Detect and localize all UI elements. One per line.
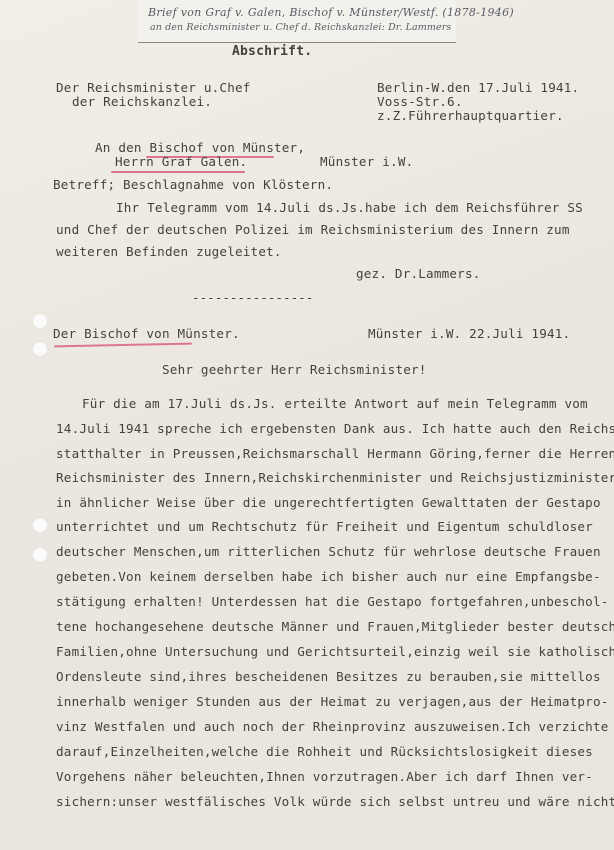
separator-line: ---------------- — [192, 290, 313, 305]
signature: gez. Dr.Lammers. — [356, 266, 481, 281]
document-page: Brief von Graf v. Galen, Bischof v. Müns… — [0, 0, 614, 850]
subject-line: Betreff; Beschlagnahme von Klöstern. — [53, 177, 333, 192]
salutation: Sehr geehrter Herr Reichsminister! — [162, 362, 427, 377]
red-pencil-underline — [111, 171, 245, 173]
letter2-body-line: deutscher Menschen,um ritterlichen Schut… — [56, 544, 601, 559]
letter1-body-line: Ihr Telegramm vom 14.Juli ds.Js.habe ich… — [116, 200, 583, 215]
hole-punch — [33, 548, 47, 562]
letter2-body-line: in ähnlicher Weise über die ungerechtfer… — [56, 495, 601, 510]
letter2-body-line: Ordensleute sind,ihres bescheidenen Besi… — [56, 669, 601, 684]
handwritten-annotation-line2: an den Reichsminister u. Chef d. Reichsk… — [150, 22, 451, 33]
document-title: Abschrift. — [232, 44, 312, 59]
recipient-city: Münster i.W. — [320, 154, 413, 169]
letter2-body-line: Familien,ohne Untersuchung und Gerichtsu… — [56, 644, 614, 659]
letter2-body-line: Vorgehens näher beleuchten,Ihnen vorzutr… — [56, 769, 593, 784]
handwritten-annotation-line1: Brief von Graf v. Galen, Bischof v. Müns… — [148, 6, 514, 19]
hole-punch — [33, 342, 47, 356]
letter2-body-line: sichern:unser westfälisches Volk würde s… — [56, 794, 614, 809]
place-date: Berlin-W.den 17.Juli 1941. — [377, 80, 579, 95]
letter2-body-line: gebeten.Von keinem derselben habe ich bi… — [56, 569, 601, 584]
second-letter-place-date: Münster i.W. 22.Juli 1941. — [368, 326, 570, 341]
red-pencil-underline — [54, 343, 192, 348]
letter2-body-line: vinz Westfalen und auch noch der Rheinpr… — [56, 719, 609, 734]
letter2-body-line: statthalter in Preussen,Reichsmarschall … — [56, 446, 614, 461]
address-line1: Voss-Str.6. — [377, 94, 463, 109]
letter2-body-line: darauf,Einzelheiten,welche die Rohheit u… — [56, 744, 593, 759]
letter1-body-line: weiteren Befinden zugeleitet. — [56, 244, 282, 259]
letter2-body-line: stätigung erhalten! Unterdessen hat die … — [56, 594, 609, 609]
sender-line2: der Reichskanzlei. — [72, 94, 212, 109]
sender-line1: Der Reichsminister u.Chef — [56, 80, 251, 95]
second-letter-sender: Der Bischof von Münster. — [53, 326, 240, 341]
letter2-body-line: 14.Juli 1941 spreche ich ergebensten Dan… — [56, 421, 614, 436]
letter2-body-line: unterrichtet und um Rechtschutz für Frei… — [56, 519, 593, 534]
address-line2: z.Z.Führerhauptquartier. — [377, 108, 564, 123]
letter1-body-line: und Chef der deutschen Polizei im Reichs… — [56, 222, 570, 237]
hole-punch — [33, 314, 47, 328]
recipient-line2: Herrn Graf Galen. — [115, 154, 247, 169]
letter2-body-line: Reichsminister des Innern,Reichskirchenm… — [56, 470, 614, 485]
letter2-body-line: innerhalb weniger Stunden aus der Heimat… — [56, 694, 609, 709]
letter2-body-line: Für die am 17.Juli ds.Js. erteilte Antwo… — [82, 396, 588, 411]
recipient-line1: An den Bischof von Münster, — [95, 140, 305, 155]
letter2-body-line: tene hochangesehene deutsche Männer und … — [56, 619, 614, 634]
hole-punch — [33, 518, 47, 532]
